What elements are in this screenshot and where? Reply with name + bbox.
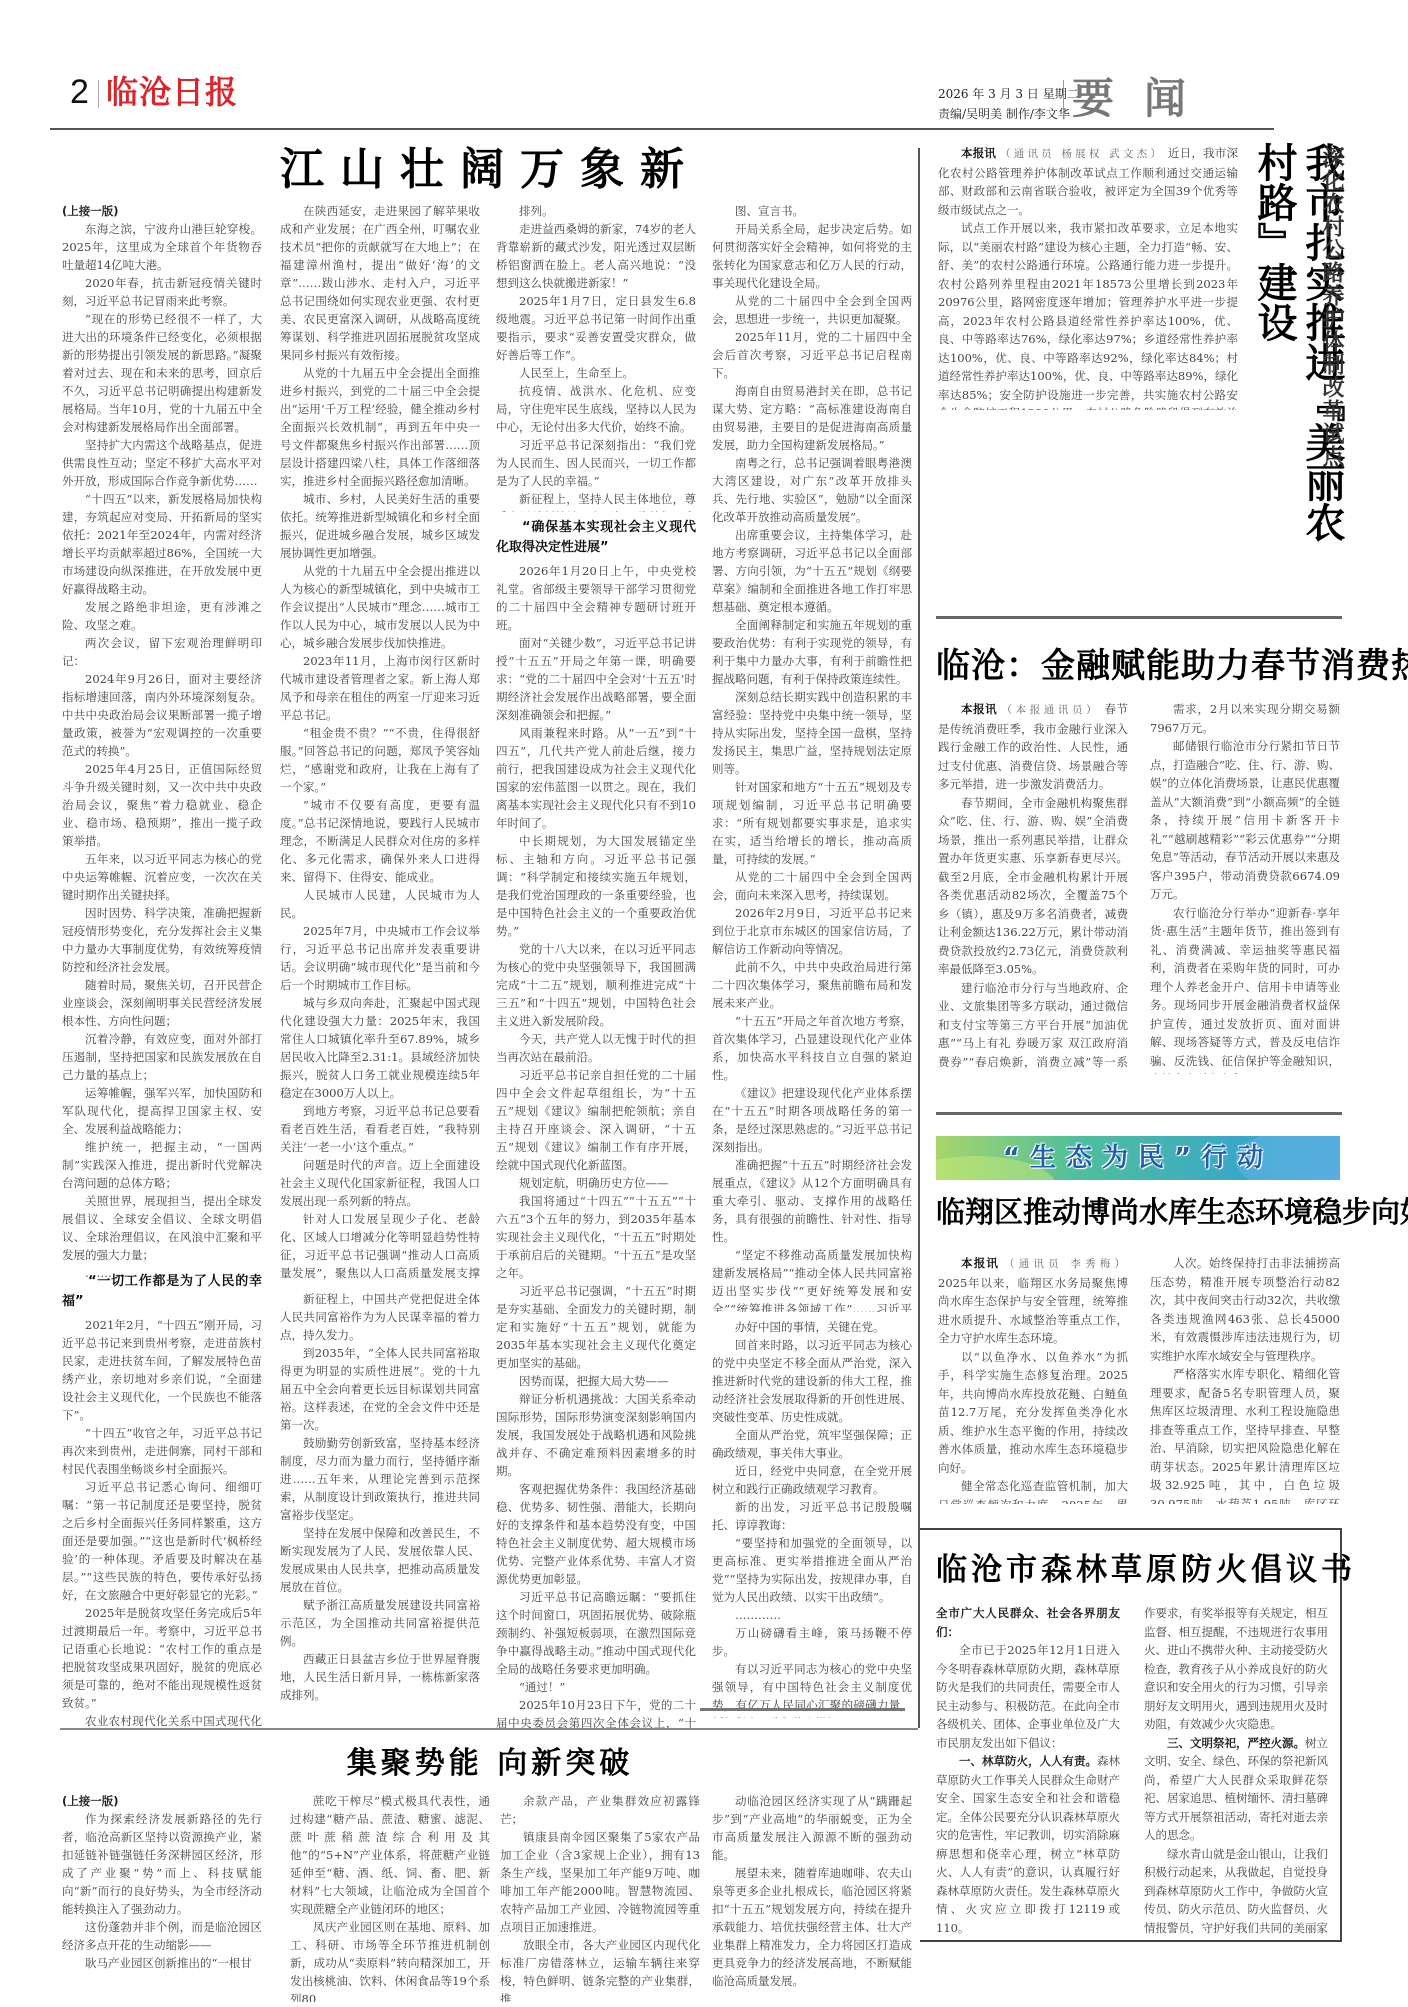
paragraph: 开局关系全局，起步决定后势。如何贯彻落实好全会精神，如何将党的主张转化为国家意志… (712, 220, 912, 292)
main-col-4: 图、宣言书。开局关系全局，起步决定后势。如何贯彻落实好全会精神，如何将党的主张转… (712, 202, 912, 1312)
paragraph: 客观把握优势条件：我国经济基础稳、优势多、韧性强、潜能大，长期向好的支撑条件和基… (496, 1480, 696, 1588)
paragraph: 耿马产业园区创新推出的“一根甘 (62, 1954, 262, 1972)
bottom-article-title: 集聚势能 向新突破 (60, 1744, 920, 1784)
paragraph: 抗疫情、战洪水、化危机、应变局，守住兜牢民生底线，坚持以人民为中心，无论付出多大… (496, 382, 696, 436)
article-end-rule (700, 1708, 905, 1711)
paragraph: 2020年春，抗击新冠疫情关键时刻，习近平总书记冒雨来此考察。 (62, 274, 262, 310)
paragraph: “租金贵不贵？”“不贵，住得很舒服。”回答总书记的问题，郑凤予笑容灿烂，“感谢党… (280, 724, 480, 796)
eco-campaign-banner: “生态为民”行动 (936, 1136, 1340, 1180)
paragraph: 余款产品，产业集群效应初露锋芒； (500, 1792, 700, 1828)
paragraph: 风雨兼程来时路。从“一五”到“十四五”，几代共产党人前赴后继，接力前行，把我国建… (496, 724, 696, 832)
fire-appeal-col-2: 作要求，有奖举报等有关规定，相互监督、相互提醒，不违规进行农事用火、进山不携带火… (1144, 1604, 1328, 1934)
paragraph: “十四五”以来，新发展格局加快构建，夯筑起应对变局、开拓新局的坚实依托：2021… (62, 490, 262, 598)
paragraph: 2025年4月25日，正值国际经贸斗争升级关键时刻，又一次中共中央政治局会议，聚… (62, 760, 262, 850)
paragraph: 在陕西延安，走进果园了解苹果收成和产业发展；在广西全州，叮嘱农业技术员“把你的贡… (280, 202, 480, 364)
paragraph: 沉着冷静，有效应变，面对外部打压遏制，坚持把国家和民族发展放在自己力量的基点上； (62, 1030, 262, 1084)
paragraph: 新的出发，习近平总书记殷殷嘱托、谆谆教诲： (712, 1498, 912, 1534)
main-col-4b: 办好中国的事情，关键在党。回首来时路，以习近平同志为核心的党中央坚定不移全面从严… (712, 1318, 912, 1718)
reporter: （本报通讯员） (1002, 704, 1101, 716)
paragraph: “十四五”收官之年，习近平总书记再次来到贵州，走进侗寨，同村干部和村民代表围坐畅… (62, 1424, 262, 1478)
paragraph: 规划定航，明确历史方位—— (496, 1174, 696, 1192)
paragraph: ………… (712, 1606, 912, 1624)
paragraph: 2025年7月，中央城市工作会议举行，习近平总书记出席并发表重要讲话。会议明确“… (280, 922, 480, 994)
paragraph: 回首来时路，以习近平同志为核心的党中央坚定不移全面从严治党，深入推进新时代党的建… (712, 1336, 912, 1426)
paragraph: 2023年11月，上海市闵行区新时代城市建设者管理者之家。新上海人郑凤予和母亲在… (280, 652, 480, 724)
main-col-1b: “一切工作都是为了人民的幸福” 2021年2月，“十四五”刚开局，习近平总书记来… (62, 1272, 262, 1732)
lead-tag: 本报讯 (961, 1256, 999, 1270)
paragraph: 2026年2月9日，习近平总书记来到位于北京市东城区的国家信访局，了解信访工作新… (712, 904, 912, 958)
paragraph: 面对“关键少数”，习近平总书记讲授“十五五”开局之年第一课，明确要求：“党的二十… (496, 634, 696, 724)
paragraph: 两次会议，留下宏观治理鲜明印记： (62, 634, 262, 670)
continued-label: (上接一版) (62, 202, 262, 220)
masthead-divider (98, 80, 99, 108)
paragraph: 赋予浙江高质量发展建设共同富裕示范区，为全国推动共同富裕提供范例。 (280, 1596, 480, 1650)
paragraph: 中长期规划，为大国发展锚定坐标、主轴和方向。习近平总书记强调：“科学制定和接续实… (496, 832, 696, 940)
finance-col-2: 需求，2月以来实现分期交易额7967万元。邮储银行临沧市分行紧扣节日节点，打造融… (1150, 700, 1340, 1074)
road-lead: 本报讯 （通讯员 杨展权 武文杰） 近日，我市深化农村公路管理养护体制改革试点工… (938, 144, 1238, 219)
paragraph: 全面从严治党，筑牢坚强保障；正确政绩观，事关伟大事业。 (712, 1426, 912, 1462)
road-paragraph: 试点工作开展以来，我市紧扣改革要求，立足本地实际，以“美丽农村路”建设为核心主题… (938, 219, 1238, 410)
bottom-section-rule (60, 1728, 918, 1730)
paragraph: 人民城市人民建，人民城市为人民。 (280, 886, 480, 922)
paragraph: 需求，2月以来实现分期交易额7967万元。 (1150, 700, 1340, 737)
paragraph: 习近平总书记强调，“十五五”时期是夯实基础、全面发力的关键时期，制定和实施好“十… (496, 1282, 696, 1372)
paragraph: 人次。始终保持打击非法捕捞高压态势，精准开展专项整治行动82次，其中夜间突击行动… (1150, 1254, 1340, 1365)
road-article-body-top: 本报讯 （通讯员 杨展权 武文杰） 近日，我市深化农村公路管理养护体制改革试点工… (938, 144, 1238, 410)
paragraph: 关照世界，展现担当，提出全球发展倡议、全球安全倡议、全球文明倡议、全球治理倡议，… (62, 1192, 262, 1264)
paragraph: 西藏正日县盆吉乡位于世界屋脊腹地，人民生活日新月异，一栋栋新家落成排列。 (280, 1650, 480, 1704)
paragraph: 鼓励勤劳创新致富，坚持基本经济制度，尽力而为量力而行，坚持循序渐进……五年来，从… (280, 1434, 480, 1524)
bottom-col-2: 蔗吃干榨尽”模式极具代表性，通过构建“糖产品、蔗渣、糖蜜、滤泥、蔗叶蔗稍蔗渣综合… (290, 1792, 490, 2002)
paragraph: 东海之滨，宁波舟山港巨轮穿梭。2025年，这里成为全球首个年货物吞吐量超14亿吨… (62, 220, 262, 274)
paragraph: “坚定不移推动高质量发展加快构建新发展格局”“推动全体人民共同富裕迈出坚实步伐”… (712, 1246, 912, 1312)
paragraph: 维护统一，把握主动，“一国两制”实践深入推进，提出新时代党解决台湾问题的总体方略… (62, 1138, 262, 1192)
paragraph: 2025年11月，党的二十届四中全会后首次考察，习近平总书记启程南下。 (712, 328, 912, 382)
page-number: 2 (70, 72, 89, 112)
lead-tag: 本报讯 (961, 146, 996, 160)
paragraph: 出席重要会议，主持集体学习，赴地方考察调研，习近平总书记以全面部署、方向引领，为… (712, 526, 912, 616)
paragraph: 严格落实水库专职化、精细化管理要求，配备5名专职管理人员，聚焦库区垃圾清理、水利… (1150, 1365, 1340, 1504)
appeal-greeting: 全市广大人民群众、社会各界朋友们： (936, 1604, 1120, 1641)
subheading-people-happiness: “一切工作都是为了人民的幸福” (62, 1272, 262, 1312)
paragraph: 万山磅礴看主峰，策马扬鞭不停步。 (712, 1624, 912, 1660)
reporter: （通讯员 李秀梅） (1004, 1258, 1128, 1270)
paragraph: 习近平总书记深刻指出：“我们党为人民而生、因人民而兴，一切工作都是为了人民的幸福… (496, 436, 696, 490)
bottom-col-1: (上接一版) 作为探索经济发展新路径的先行者，临沧高新区坚持以资源换产业，紧扣延… (62, 1792, 262, 2002)
paragraph: 随着时局，聚焦关切，召开民营企业座谈会，深刻阐明事关民营经济发展根本性、方向性问… (62, 976, 262, 1030)
bottom-col-3: 余款产品，产业集群效应初露锋芒；镇康县南伞园区聚集了5家农产品加工企业（含3家规… (500, 1792, 700, 2002)
paragraph: 《建议》把建设现代化产业体系摆在“十五五”时期各项战略任务的第一条，是经过深思熟… (712, 1084, 912, 1156)
paragraph: 新征程上，中国共产党把促进全体人民共同富裕作为为人民谋幸福的着力点，持久发力。 (280, 1290, 480, 1344)
paragraph: 问题是时代的声音。迈上全面建设社会主义现代化国家新征程，我国人口发展出现一系列新… (280, 1156, 480, 1210)
paragraph: 针对人口发展呈现少子化、老龄化、区域人口增减分化等明显趋势性特征，习近平总书记强… (280, 1210, 480, 1282)
issue-info: 2026 年 3 月 3 日 星期二 责编/吴明美 制作/李文华 (938, 84, 1079, 124)
section-title: 要闻 (1072, 74, 1216, 124)
paragraph: 2025年10月23日下午，党的二十届中央委员会第四次全体会议上，“十五五”规划… (496, 1696, 696, 1728)
paragraph: 2024年9月26日，面对主要经济指标增速回落，南内外环境深刻复杂。中共中央政治… (62, 670, 262, 760)
paragraph: 2025年1月7日，定日县发生6.8级地震。习近平总书记第一时间作出重要指示，要… (496, 292, 696, 364)
paragraph: 2021年2月，“十四五”刚开局，习近平总书记来到贵州考察，走进苗族村民家，走进… (62, 1316, 262, 1424)
paragraph: 准确把握“十五五”时期经济社会发展重点，《建议》从12个方面明确具有重大牵引、驱… (712, 1156, 912, 1246)
paragraph: “十五五”开局之年首次地方考察，首次集体学习，凸显建设现代化产业体系，加快高水平… (712, 1012, 912, 1084)
lead-tag: 本报讯 (961, 702, 997, 716)
paragraph: 新征程上，坚持人民主体地位，尊重人民首创精神，实现好、维护好、发展好最广大人民根… (496, 490, 696, 512)
reporter: （通讯员 杨展权 武文杰） (1000, 148, 1164, 160)
editor-credits: 责编/吴明美 制作/李文华 (938, 104, 1079, 124)
paragraph: 从党的十九届五中全会提出推进以人为核心的新型城镇化，到中央城市工作会议提出“人民… (280, 562, 480, 652)
paragraph: 农行临沧分行举办“迎新春·享年货·惠生活”主题年货节，推出签到有礼、消费满减、幸… (1150, 904, 1340, 1075)
eco-col-2: 人次。始终保持打击非法捕捞高压态势，精准开展专项整治行动82次，其中夜间突击行动… (1150, 1254, 1340, 1504)
eco-col-1: 本报讯 （通讯员 李秀梅） 2025年以来，临翔区水务局聚焦博尚水库生态保护与安… (938, 1254, 1128, 1504)
paragraph: 辩证分析机遇挑战：大国关系牵动国际形势，国际形势演变深刻影响国内发展，我国发展处… (496, 1390, 696, 1480)
paragraph: 这份蓬勃并非个例，而是临沧园区经济多点开花的生动缩影—— (62, 1918, 262, 1954)
paragraph: 镇康县南伞园区聚集了5家农产品加工企业（含3家规上企业），拥有13条生产线，坚果… (500, 1828, 700, 1936)
finance-article-title: 临沧：金融赋能助力春节消费热潮 (936, 644, 1342, 688)
banner-text: “生态为民”行动 (936, 1136, 1340, 1180)
paragraph: 此前不久，中共中央政治局进行第二十四次集体学习，聚焦前瞻布局和发展未来产业。 (712, 958, 912, 1012)
paragraph: 深刻总结长期实践中创造积累的丰富经验：坚持党中央集中统一领导，坚持从实际出发，坚… (712, 688, 912, 778)
paragraph: 从党的二十届四中全会到全国两会，思想进一步统一，共识更加凝聚。 (712, 292, 912, 328)
header-rule (50, 128, 1274, 130)
paragraph: 坚持扩大内需这个战略基点，促进供需良性互动；坚定不移扩大高水平对外开放，形成国际… (62, 436, 262, 490)
paragraph: 针对国家和地方“十五五”规划及专项规划编制，习近平总书记明确要求：“所有规划都要… (712, 778, 912, 868)
column-rule (918, 148, 920, 1728)
paragraph: 近日，经党中央同意，在全党开展树立和践行正确政绩观学习教育。 (712, 1462, 912, 1498)
finance-col-1: 本报讯 （本报通讯员） 春节是传统消费旺季，我市金融行业深入践行金融工作的政治性… (938, 700, 1128, 1074)
paragraph: 习近平总书记悉心询问、细细叮嘱：“第一书记制度还是要坚持，脱贫之后乡村全面振兴任… (62, 1478, 262, 1604)
paragraph: 习近平总书记高瞻远瞩：“要抓住这个时间窗口，巩固拓展优势、破除瓶颈制约、补强短板… (496, 1588, 696, 1678)
fire-appeal-col-1: 全市广大人民群众、社会各界朋友们： 全市已于2025年12月1日进入今冬明春森林… (936, 1604, 1120, 1934)
paragraph: 蔗吃干榨尽”模式极具代表性，通过构建“糖产品、蔗渣、糖蜜、滤泥、蔗叶蔗稍蔗渣综合… (290, 1792, 490, 1918)
paragraph: 2025年是脱贫攻坚任务完成后5年过渡期最后一年。考察中，习近平总书记语重心长地… (62, 1604, 262, 1712)
appeal-point-3: 三、文明祭祀，严控火源。 (1167, 1736, 1305, 1750)
main-article-title: 江山壮阔万象新 (60, 142, 920, 198)
paragraph: 展望未来，随着库迪咖啡、农夫山泉等更多企业扎根成长，临沧园区将紧扣“十五五”规划… (712, 1864, 912, 1990)
fire-appeal-title: 临沧市森林草原防火倡议书 (936, 1548, 1326, 1592)
paragraph: 习近平总书记亲自担任党的二十届四中全会文件起草组组长，为“十五五”规划《建议》编… (496, 1066, 696, 1174)
paragraph: 从党的二十届四中全会到全国两会，面向未来深入思考，持续谋划。 (712, 868, 912, 904)
paragraph: 五年来，以习近平同志为核心的党中央运筹帷幄、沉着应变，一次次在关键时期作出关键抉… (62, 850, 262, 904)
main-col-2b: 新征程上，中国共产党把促进全体人民共同富裕作为为人民谋幸福的着力点，持久发力。到… (280, 1290, 480, 1730)
paragraph: “通过！” (496, 1678, 696, 1696)
newspaper-logo: 临沧日报 (106, 72, 238, 112)
eco-article-title: 临翔区推动博尚水库生态环境稳步向好 (936, 1190, 1342, 1234)
paragraph: 凤庆产业园区则在基地、原料、加工、科研、市场等全环节推进机制创新，成功从“卖原料… (290, 1918, 490, 2002)
paragraph: 我国将通过“十四五”“十五五”“十六五”3个五年的努力，到2035年基本实现社会… (496, 1192, 696, 1282)
paragraph: 动临沧园区经济实现了从“蹒跚起步”到“产业高地”的华丽蜕变，正为全市高质量发展注… (712, 1792, 912, 1864)
section-divider (1063, 80, 1064, 116)
bottom-col-4: 动临沧园区经济实现了从“蹒跚起步”到“产业高地”的华丽蜕变，正为全市高质量发展注… (712, 1792, 912, 2002)
issue-date: 2026 年 3 月 3 日 星期二 (938, 84, 1079, 104)
paragraph: 因势而谋，把握大局大势—— (496, 1372, 696, 1390)
road-headline-sub: 深化农村公路养护体制改革试点 (1318, 146, 1346, 468)
paragraph: 到地方考察，习近平总书记总要看看老百姓生活，看看老百姓，“我特别关注‘一老一小’… (280, 1102, 480, 1156)
paragraph: 坚持在发展中保障和改善民生，不断实现发展为了人民、发展依靠人民、发展成果由人民共… (280, 1524, 480, 1596)
eco-top-rule (936, 1112, 1342, 1115)
paragraph: 办好中国的事情，关键在党。 (712, 1318, 912, 1336)
subheading-modernization: “确保基本实现社会主义现代化取得决定性进展” (496, 518, 696, 558)
main-col-1: (上接一版) 东海之滨，宁波舟山港巨轮穿梭。2025年，这里成为全球首个年货物吞… (62, 202, 262, 1282)
paragraph: “城市不仅要有高度，更要有温度。”总书记深情地说，要践行人民城市理念，不断满足人… (280, 796, 480, 886)
main-col-2: 在陕西延安，走进果园了解苹果收成和产业发展；在广西全州，叮嘱农业技术员“把你的贡… (280, 202, 480, 1282)
paragraph: 城与乡双向奔赴，汇聚起中国式现代化建设强大力量：2025年末，我国常住人口城镇化… (280, 994, 480, 1102)
paragraph: 2026年1月20日上午，中央党校礼堂。省部级主要领导干部学习贯彻党的二十届四中… (496, 562, 696, 634)
paragraph: 今天，共产党人以无愧于时代的担当再次站在最前沿。 (496, 1030, 696, 1066)
finance-top-rule (936, 616, 1342, 619)
paragraph: “要坚持和加强党的全面领导，以更高标准、更实举措推进全面从严治党”“坚持为实际出… (712, 1534, 912, 1606)
paragraph: 放眼全市，各大产业园区内现代化标准厂房错落林立，运输车辆往来穿梭，特色鲜明、链条… (500, 1936, 700, 2002)
paragraph: 排列。 (496, 202, 696, 220)
paragraph: 因时因势、科学决策，准确把握新冠疫情形势变化，充分发挥社会主义集中力量办大事制度… (62, 904, 262, 976)
paragraph: 南粤之行，总书记强调着眼粤港澳大湾区建设，对广东“改革开放排头兵、先行地、实验区… (712, 454, 912, 526)
continued-label: (上接一版) (62, 1792, 262, 1810)
paragraph: 运筹帷幄，强军兴军，加快国防和军队现代化，提高捍卫国家主权、安全、发展利益战略能… (62, 1084, 262, 1138)
paragraph: 图、宣言书。 (712, 202, 912, 220)
main-col-3b: “确保基本实现社会主义现代化取得决定性进展” 2026年1月20日上午，中央党校… (496, 518, 696, 1728)
paragraph: 发展之路绝非坦途，更有涉滩之险、攻坚之难。 (62, 598, 262, 634)
road-headline-sub-wrap: 深化农村公路养护体制改革试点 (1318, 146, 1346, 526)
paragraph: 走进益西桑姆的新家，74岁的老人背靠崭新的藏式沙发，阳光透过双层断桥铝窗洒在脸上… (496, 220, 696, 292)
paragraph: 全面阐释制定和实施五年规划的重要政治优势：有利于实现党的领导，有利于集中力量办大… (712, 616, 912, 688)
paragraph: 从党的十九届五中全会提出全面推进乡村振兴，到党的二十届三中全会提出“运用‘千万工… (280, 364, 480, 490)
paragraph: 作为探索经济发展新路径的先行者，临沧高新区坚持以资源换产业，紧扣延链补链强链任务… (62, 1810, 262, 1918)
paragraph: 城市、乡村，人民美好生活的重要依托。统筹推进新型城镇化和乡村全面振兴，促进城乡融… (280, 490, 480, 562)
appeal-point-1: 一、林草防火，人人有责。 (959, 1754, 1097, 1768)
paragraph: 邮储银行临沧市分行紧扣节日节点，打造融合“吃、住、行、游、购、娱”的立体化消费场… (1150, 737, 1340, 904)
paragraph: 海南自由贸易港封关在即，总书记谋大势、定方略：“高标准建设海南自由贸易港，主要目… (712, 382, 912, 454)
paragraph: 人民至上，生命至上。 (496, 364, 696, 382)
main-col-3: 排列。走进益西桑姆的新家，74岁的老人背靠崭新的藏式沙发，阳光透过双层断桥铝窗洒… (496, 202, 696, 512)
paragraph: “现在的形势已经很不一样了，大进大出的环境条件已经变化，必须根据新的形势提出引领… (62, 310, 262, 436)
paragraph: 党的十八大以来，在以习近平同志为核心的党中央坚强领导下，我国圆满完成“十二五”规… (496, 940, 696, 1030)
paragraph: 到2035年，“全体人民共同富裕取得更为明显的实质性进展”。党的十九届五中全会向… (280, 1344, 480, 1434)
